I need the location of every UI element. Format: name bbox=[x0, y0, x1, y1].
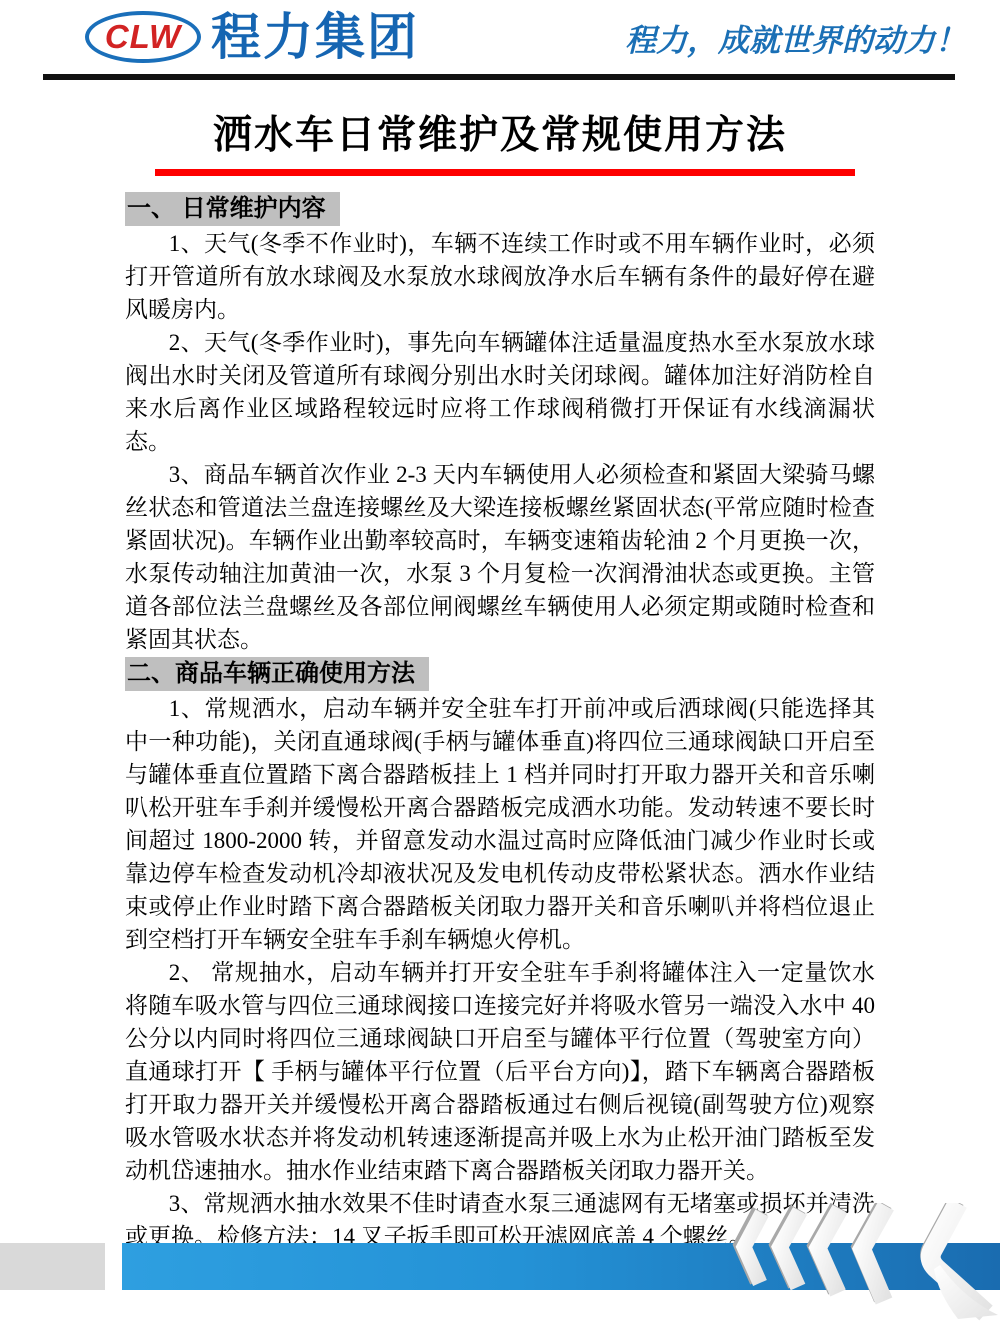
paragraph: 1、天气(冬季不作业时)，车辆不连续工作时或不用车辆作业时，必须打开管道所有放水… bbox=[125, 227, 875, 326]
page-title: 洒水车日常维护及常规使用方法 bbox=[0, 114, 1000, 159]
company-slogan: 程力，成就世界的动力！ bbox=[625, 15, 980, 60]
page-header: CLW 程力集团 程力，成就世界的动力！ bbox=[0, 0, 1000, 80]
section-daily-maintenance: 一、 日常维护内容 1、天气(冬季不作业时)，车辆不连续工作时或不用车辆作业时，… bbox=[125, 191, 875, 656]
chevron-swoosh-icon bbox=[718, 1203, 1000, 1323]
section-correct-usage: 二、商品车辆正确使用方法 1、常规洒水，启动车辆并安全驻车打开前冲或后洒球阀(只… bbox=[125, 656, 875, 1253]
header-divider bbox=[43, 74, 955, 80]
document-page: CLW 程力集团 程力，成就世界的动力！ 洒水车日常维护及常规使用方法 一、 日… bbox=[0, 0, 1000, 1323]
logo-row: CLW 程力集团 程力，成就世界的动力！ bbox=[0, 0, 1000, 66]
title-underline bbox=[155, 169, 855, 176]
paragraph: 2、天气(冬季作业时)，事先向车辆罐体注适量温度热水至水泵放水球阀出水时关闭及管… bbox=[125, 326, 875, 458]
paragraph: 1、常规洒水，启动车辆并安全驻车打开前冲或后洒球阀(只能选择其中一种功能)，关闭… bbox=[125, 692, 875, 956]
brand-name: 程力集团 bbox=[211, 12, 419, 62]
paragraph: 3、商品车辆首次作业 2-3 天内车辆使用人必须检查和紧固大梁骑马螺丝状态和管道… bbox=[125, 458, 875, 656]
footer-gray-block bbox=[0, 1243, 105, 1290]
section-heading: 一、 日常维护内容 bbox=[125, 192, 340, 226]
paragraph: 2、 常规抽水，启动车辆并打开安全驻车手刹将罐体注入一定量饮水将随车吸水管与四位… bbox=[125, 956, 875, 1187]
section-heading: 二、商品车辆正确使用方法 bbox=[125, 657, 429, 691]
clw-logo-icon: CLW bbox=[85, 11, 201, 63]
document-body: 一、 日常维护内容 1、天气(冬季不作业时)，车辆不连续工作时或不用车辆作业时，… bbox=[125, 191, 875, 1253]
